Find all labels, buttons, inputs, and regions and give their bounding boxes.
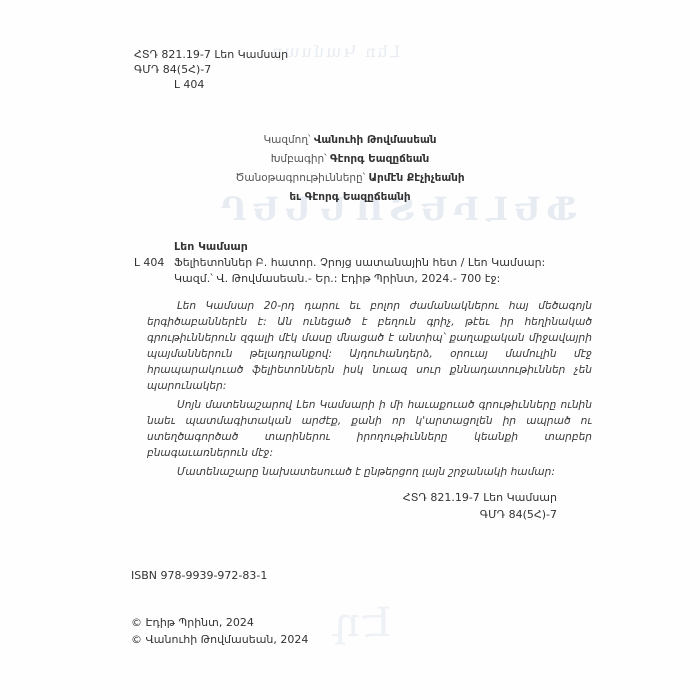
abstract: Լեո Կամսար 20-րդ դարու եւ բոլոր ժամանակն…: [147, 298, 592, 483]
credit-role: Խմբագիր՝: [271, 153, 327, 165]
isbn: ISBN 978-9939-972-83-1: [131, 569, 267, 582]
author-mark: Լ 404: [134, 77, 288, 92]
catalog-title-line: Ֆելիետոններ Բ. հատոր. Չրոյց սատանային հե…: [174, 255, 545, 271]
copyright-compiler: © Վանուհի Թովմասեան, 2024: [131, 631, 308, 648]
udc-code: ՀՏԴ 821.19-7 Լեո Կամսար: [134, 47, 288, 62]
catalog-author: Լեո Կամսար: [134, 239, 545, 255]
bleed-through-mark: Էդ: [330, 600, 392, 646]
credit-name: Գէորգ Եազըճեան: [330, 153, 429, 165]
abstract-paragraph: Մատենաշարը նախատեսուած է ընթերցող լայն շ…: [147, 464, 592, 480]
credit-annotations-cont: եւ Գէորգ Եազըճեանի: [0, 188, 700, 207]
abstract-paragraph: Սոյն մատենաշարով Լեո Կամսարի ի մի հաւաքո…: [147, 397, 592, 461]
copyright-block: © Էդիթ Պրինտ, 2024 © Վանուհի Թովմասեան, …: [131, 614, 308, 648]
bbk-code: ԳՄԴ 84(5Հ)-7: [134, 62, 288, 77]
credit-name: եւ Գէորգ Եազըճեանի: [289, 191, 410, 203]
bbk-code: ԳՄԴ 84(5Հ)-7: [403, 506, 557, 523]
classification-bottom: ՀՏԴ 821.19-7 Լեո Կամսար ԳՄԴ 84(5Հ)-7: [403, 489, 557, 523]
bleed-through-text-top: Լեո Կամսար: [270, 42, 401, 61]
credit-name: Արմէն Քէչիչեանի: [369, 172, 465, 184]
catalog-publication-line: Կազմ.՝ Վ. Թովմասեան.- Եր.: Էդիթ Պրինտ, 2…: [134, 271, 545, 287]
credit-name: Վանուհի Թովմասեան: [314, 134, 437, 146]
credits-block: Կազմող՝ Վանուհի Թովմասեան Խմբագիր՝ Գէորգ…: [0, 131, 700, 207]
credit-compiler: Կազմող՝ Վանուհի Թովմասեան: [0, 131, 700, 150]
credit-role: Ծանօթագրութիւնները՝: [235, 172, 365, 184]
catalog-entry: Լեո Կամսար Լ 404 Ֆելիետոններ Բ. հատոր. Չ…: [134, 239, 545, 287]
credit-role: Կազմող՝: [263, 134, 310, 146]
classification-top: ՀՏԴ 821.19-7 Լեո Կամսար ԳՄԴ 84(5Հ)-7 Լ 4…: [134, 47, 288, 92]
credit-editor: Խմբագիր՝ Գէորգ Եազըճեան: [0, 150, 700, 169]
credit-annotations: Ծանօթագրութիւնները՝ Արմէն Քէչիչեանի: [0, 169, 700, 188]
abstract-paragraph: Լեո Կամսար 20-րդ դարու եւ բոլոր ժամանակն…: [147, 298, 592, 394]
copyright-publisher: © Էդիթ Պրինտ, 2024: [131, 614, 308, 631]
catalog-code: Լ 404: [134, 255, 174, 271]
udc-code: ՀՏԴ 821.19-7 Լեո Կամսար: [403, 489, 557, 506]
book-page: Լեո Կամսար ՖԵԼԻԵՏՈՆՆԵՐ Էդ ՀՏԴ 821.19-7 Լ…: [0, 0, 700, 700]
